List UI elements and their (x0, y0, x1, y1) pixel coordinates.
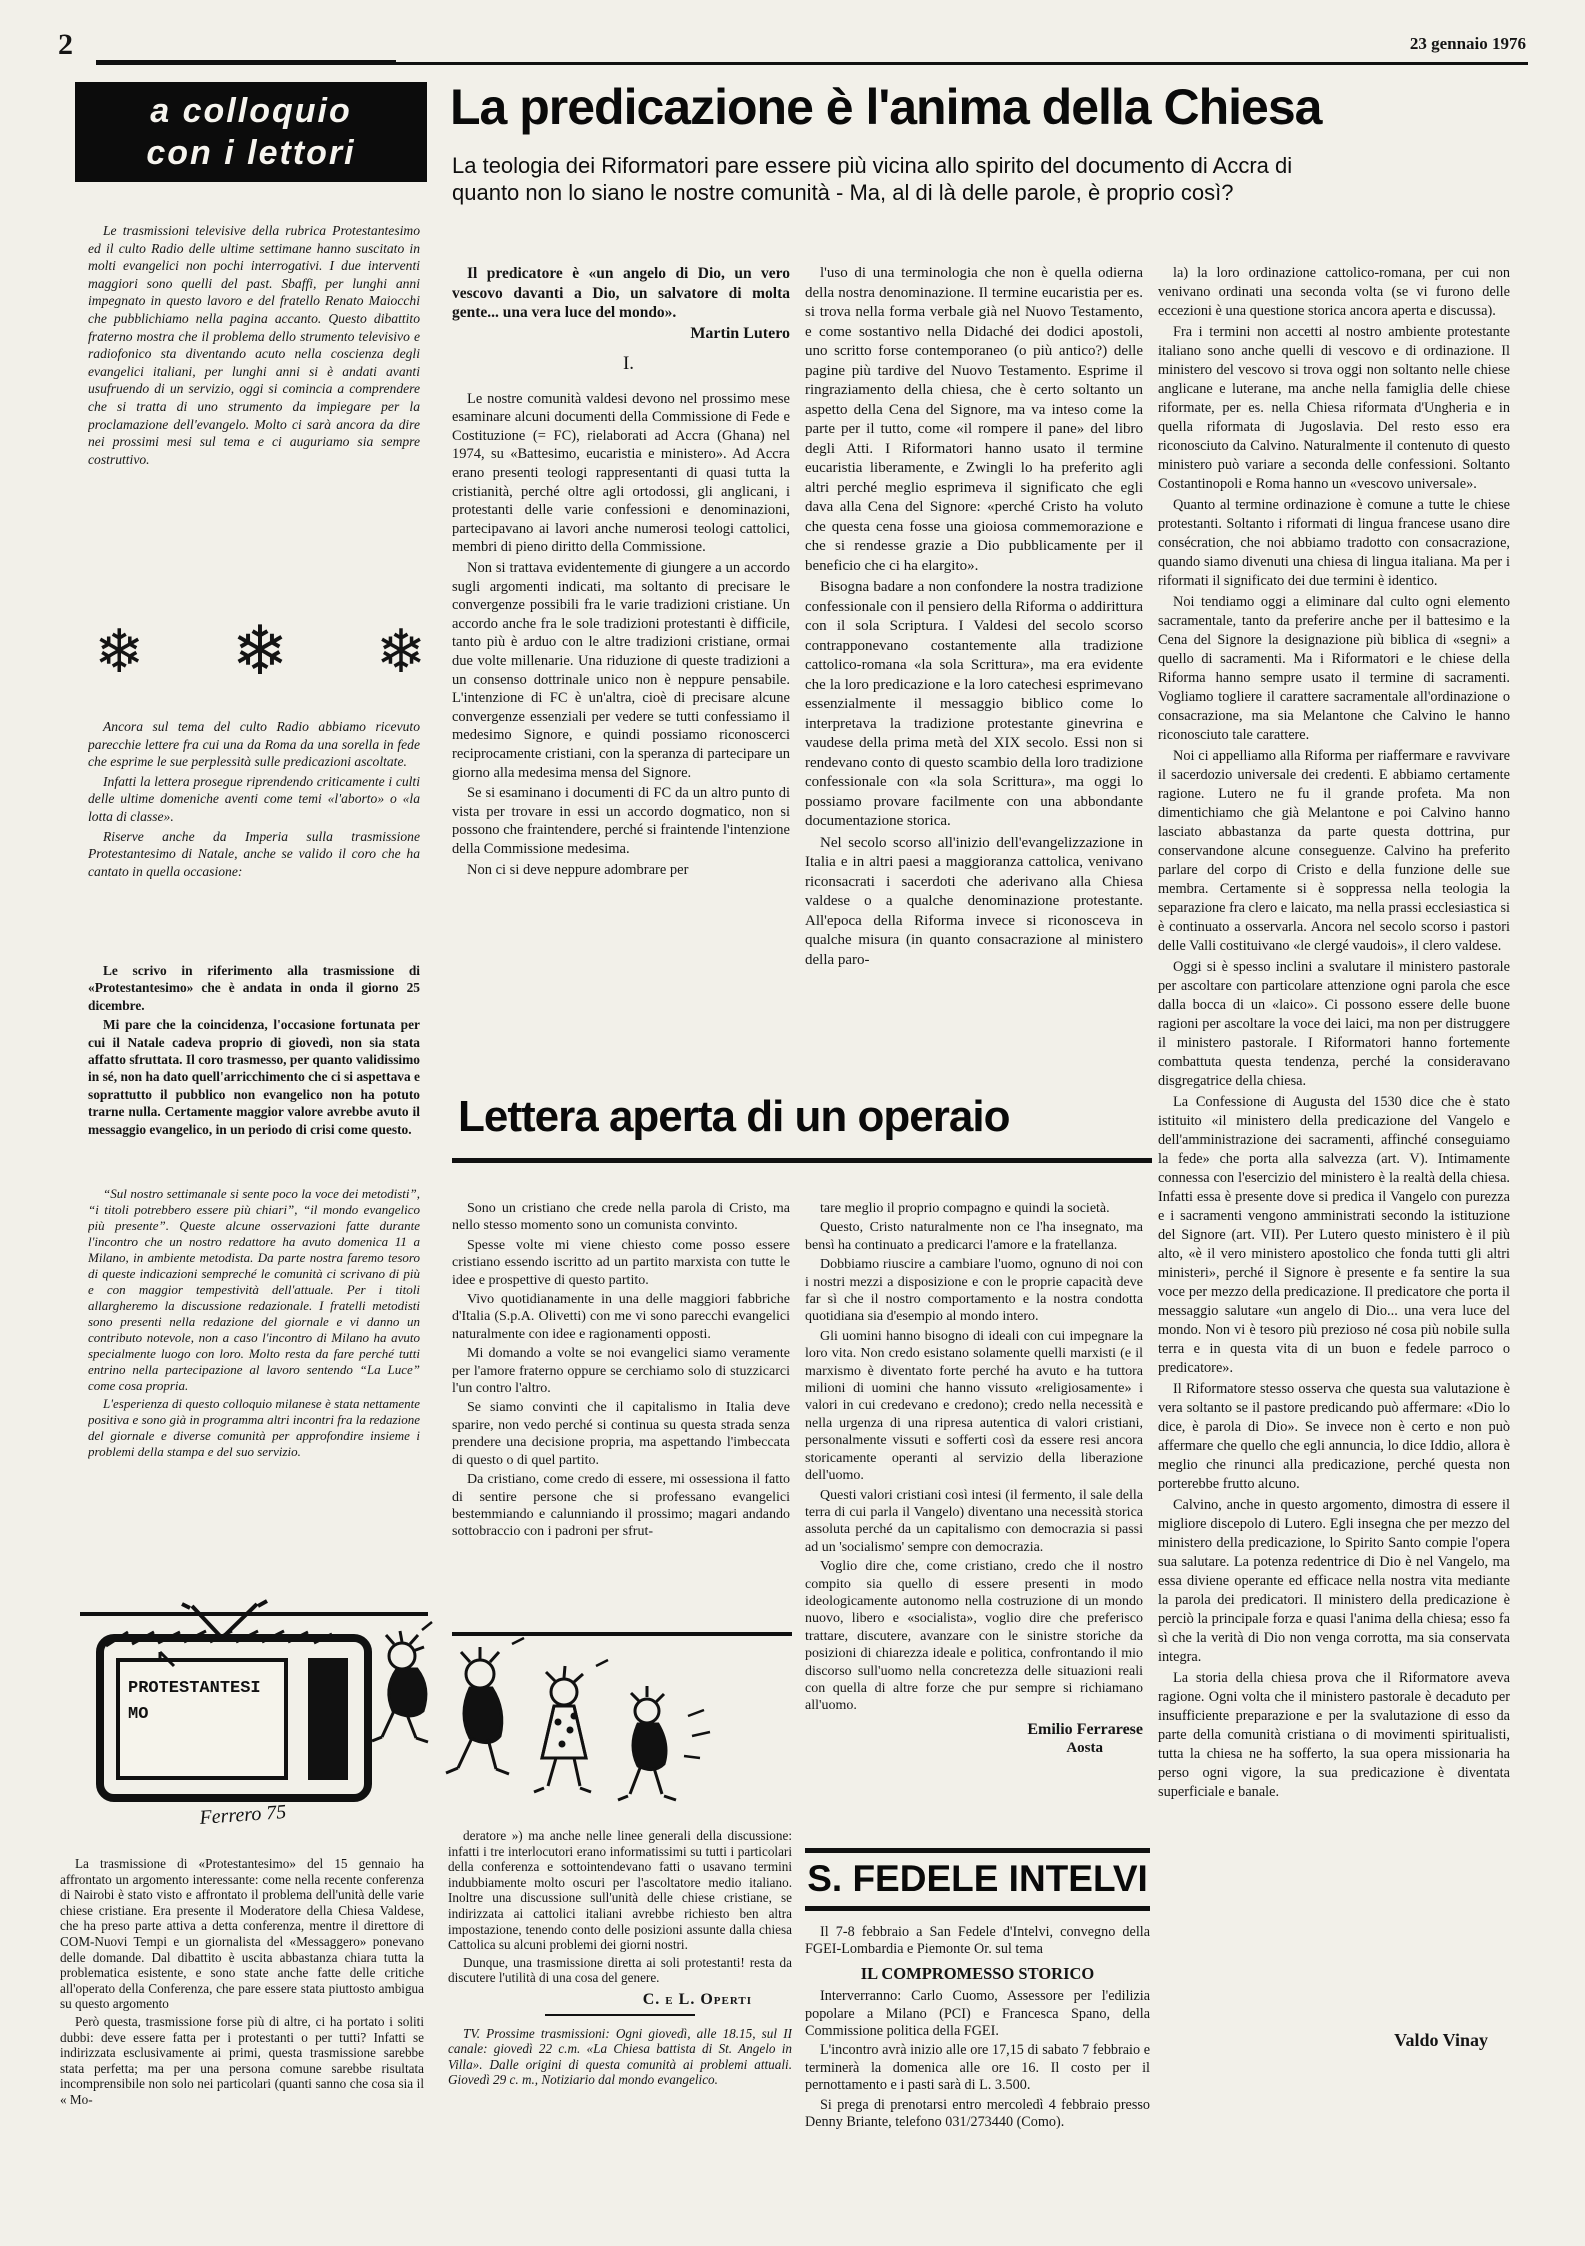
paragraph: La trasmissione di «Protestantesimo» del… (60, 1856, 424, 2012)
paragraph: Dunque, una trasmissione diretta ai soli… (448, 1955, 792, 1986)
snowflake-icon: ❄ (376, 622, 426, 682)
letter-signature-place: Aosta (805, 1740, 1143, 1757)
snowflake-icon: ❄ (232, 618, 289, 686)
paragraph: “Sul nostro settimanale si sente poco la… (88, 1186, 420, 1394)
letter-column-2: tare meglio il proprio compagno e quindi… (805, 1200, 1143, 1836)
paragraph: Il Riformatore stesso osserva che questa… (1158, 1380, 1510, 1494)
article-column-3: la) la loro ordinazione cattolico-romana… (1158, 264, 1510, 2024)
paragraph: Quanto al termine ordinazione è comune a… (1158, 496, 1510, 591)
paragraph: Il 7-8 febbraio a San Fedele d'Intelvi, … (805, 1924, 1150, 1959)
epigraph-author: Martin Lutero (452, 325, 790, 344)
newspaper-page: 2 23 gennaio 1976 a colloquio con i lett… (0, 0, 1585, 2246)
letter-headline-rule (452, 1158, 1152, 1163)
tv-review-column-2: deratore ») ma anche nelle linee general… (448, 1828, 792, 2246)
header-rule (96, 62, 1528, 65)
reader-box-line2: con i lettori (146, 132, 355, 174)
fedele-column: Il 7-8 febbraio a San Fedele d'Intelvi, … (805, 1924, 1150, 2240)
cartoon-signature: Ferrero 75 (198, 1801, 287, 1829)
article-signature: Valdo Vinay (1158, 2030, 1488, 2051)
paragraph: Noi tendiamo oggi a eliminare dal culto … (1158, 593, 1510, 745)
paragraph: la) la loro ordinazione cattolico-romana… (1158, 264, 1510, 321)
paragraph: Spesse volte mi viene chiesto come posso… (452, 1237, 790, 1289)
main-headline: La predicazione è l'anima della Chiesa (450, 82, 1535, 133)
article-column-2: l'uso di una terminologia che non è quel… (805, 264, 1143, 1086)
paragraph: Se siamo convinti che il capitalismo in … (452, 1399, 790, 1469)
paragraph: l'uso di una terminologia che non è quel… (805, 264, 1143, 576)
paragraph: Questi valori cristiani così intesi (il … (805, 1487, 1143, 1557)
paragraph: L'esperienza di questo colloquio milanes… (88, 1396, 420, 1460)
paragraph: Calvino, anche in questo argomento, dimo… (1158, 1496, 1510, 1667)
reader-box-line1: a colloquio (150, 90, 351, 132)
paragraph: Noi ci appelliamo alla Riforma per riaff… (1158, 747, 1510, 956)
subtitle-line1: La teologia dei Riformatori pare essere … (452, 152, 1537, 179)
epigraph: Il predicatore è «un angelo di Dio, un v… (452, 264, 790, 323)
paragraph: Le scrivo in riferimento alla trasmissio… (88, 962, 420, 1014)
paragraph: Le nostre comunità valdesi devono nel pr… (452, 390, 790, 557)
paragraph: Voglio dire che, come cristiano, credo c… (805, 1558, 1143, 1715)
paragraph: Se si esaminano i documenti di FC da un … (452, 784, 790, 858)
paragraph: Fra i termini non accetti al nostro ambi… (1158, 323, 1510, 494)
tv-schedule-note: TV. Prossime trasmissioni: Ogni giovedì,… (448, 2026, 792, 2088)
paragraph: Le trasmissioni televisive della rubrica… (88, 222, 420, 468)
article-column-1: Il predicatore è «un angelo di Dio, un v… (452, 264, 790, 1086)
issue-date: 23 gennaio 1976 (1280, 34, 1526, 54)
paragraph: Si prega di prenotarsi entro mercoledì 4… (805, 2097, 1150, 2132)
paragraph: Ancora sul tema del culto Radio abbiamo … (88, 718, 420, 771)
paragraph: deratore ») ma anche nelle linee general… (448, 1828, 792, 1953)
cartoon-screen-text-line2: MO (128, 1705, 148, 1724)
fedele-rule-top (805, 1848, 1150, 1853)
snowflake-decoration: ❄ ❄ ❄ (88, 602, 432, 702)
paragraph: Mi domando a volte se noi evangelici sia… (452, 1345, 790, 1397)
paragraph: Infatti la lettera prosegue riprendendo … (88, 773, 420, 826)
paragraph: Vivo quotidianamente in una delle maggio… (452, 1291, 790, 1343)
paragraph: Dobbiamo riuscire a cambiare l'uomo, ogn… (805, 1256, 1143, 1326)
letter-column-1: Sono un cristiano che crede nella parola… (452, 1200, 790, 1626)
paragraph: Nel secolo scorso all'inizio dell'evange… (805, 834, 1143, 971)
paragraph: tare meglio il proprio compagno e quindi… (805, 1200, 1143, 1217)
paragraph: Questo, Cristo naturalmente non ce l'ha … (805, 1219, 1143, 1254)
reader-letters-intro: Ancora sul tema del culto Radio abbiamo … (88, 718, 420, 960)
subtitle-line2: quanto non lo siano le nostre comunità -… (452, 179, 1537, 206)
cartoon-drawing: PROTESTANTESI MO (72, 1596, 732, 1836)
fedele-rule-bottom (805, 1906, 1150, 1911)
letter-signature: Emilio Ferrarese (805, 1721, 1143, 1738)
paragraph: La storia della chiesa prova che il Rifo… (1158, 1669, 1510, 1802)
paragraph: Bisogna badare a non confondere la nostr… (805, 578, 1143, 832)
cartoon-screen-text-line1: PROTESTANTESI (128, 1679, 261, 1698)
paragraph: Non si trattava evidentemente di giunger… (452, 559, 790, 782)
paragraph: Oggi si è spesso inclini a svalutare il … (1158, 958, 1510, 1091)
snowflake-icon: ❄ (94, 622, 144, 682)
editorial-cartoon: PROTESTANTESI MO (72, 1596, 732, 1836)
paragraph: L'incontro avrà inizio alle ore 17,15 di… (805, 2042, 1150, 2094)
page-number: 2 (58, 28, 73, 62)
reader-letter-quote: Le scrivo in riferimento alla trasmissio… (88, 962, 420, 1184)
main-subtitle: La teologia dei Riformatori pare essere … (452, 152, 1537, 206)
section-numeral: I. (452, 355, 790, 374)
paragraph: Interverranno: Carlo Cuomo, Assessore pe… (805, 1988, 1150, 2040)
letter-headline: Lettera aperta di un operaio (458, 1092, 1458, 1142)
paragraph: Non ci si deve neppure adombrare per (452, 861, 790, 880)
tv-review-signature: C. e L. Operti (448, 1992, 792, 2008)
reader-letters-comment: “Sul nostro settimanale si sente poco la… (88, 1186, 420, 1606)
reader-letters-lead: Le trasmissioni televisive della rubrica… (88, 222, 420, 602)
paragraph: Sono un cristiano che crede nella parola… (452, 1200, 790, 1235)
paragraph: Gli uomini hanno bisogno di ideali con c… (805, 1328, 1143, 1485)
fedele-headline: S. FEDELE INTELVI (805, 1858, 1150, 1900)
paragraph: Da cristiano, come credo di essere, mi o… (452, 1471, 790, 1541)
tv-review-column-1: La trasmissione di «Protestantesimo» del… (60, 1856, 424, 2244)
paragraph: Però questa, trasmissione forse più di a… (60, 2014, 424, 2108)
paragraph: Riserve anche da Imperia sulla trasmissi… (88, 828, 420, 881)
signature-rule (545, 2014, 695, 2016)
reader-column-box: a colloquio con i lettori (75, 82, 427, 182)
fedele-topic: IL COMPROMESSO STORICO (805, 1965, 1150, 1982)
paragraph: Mi pare che la coincidenza, l'occasione … (88, 1016, 420, 1138)
